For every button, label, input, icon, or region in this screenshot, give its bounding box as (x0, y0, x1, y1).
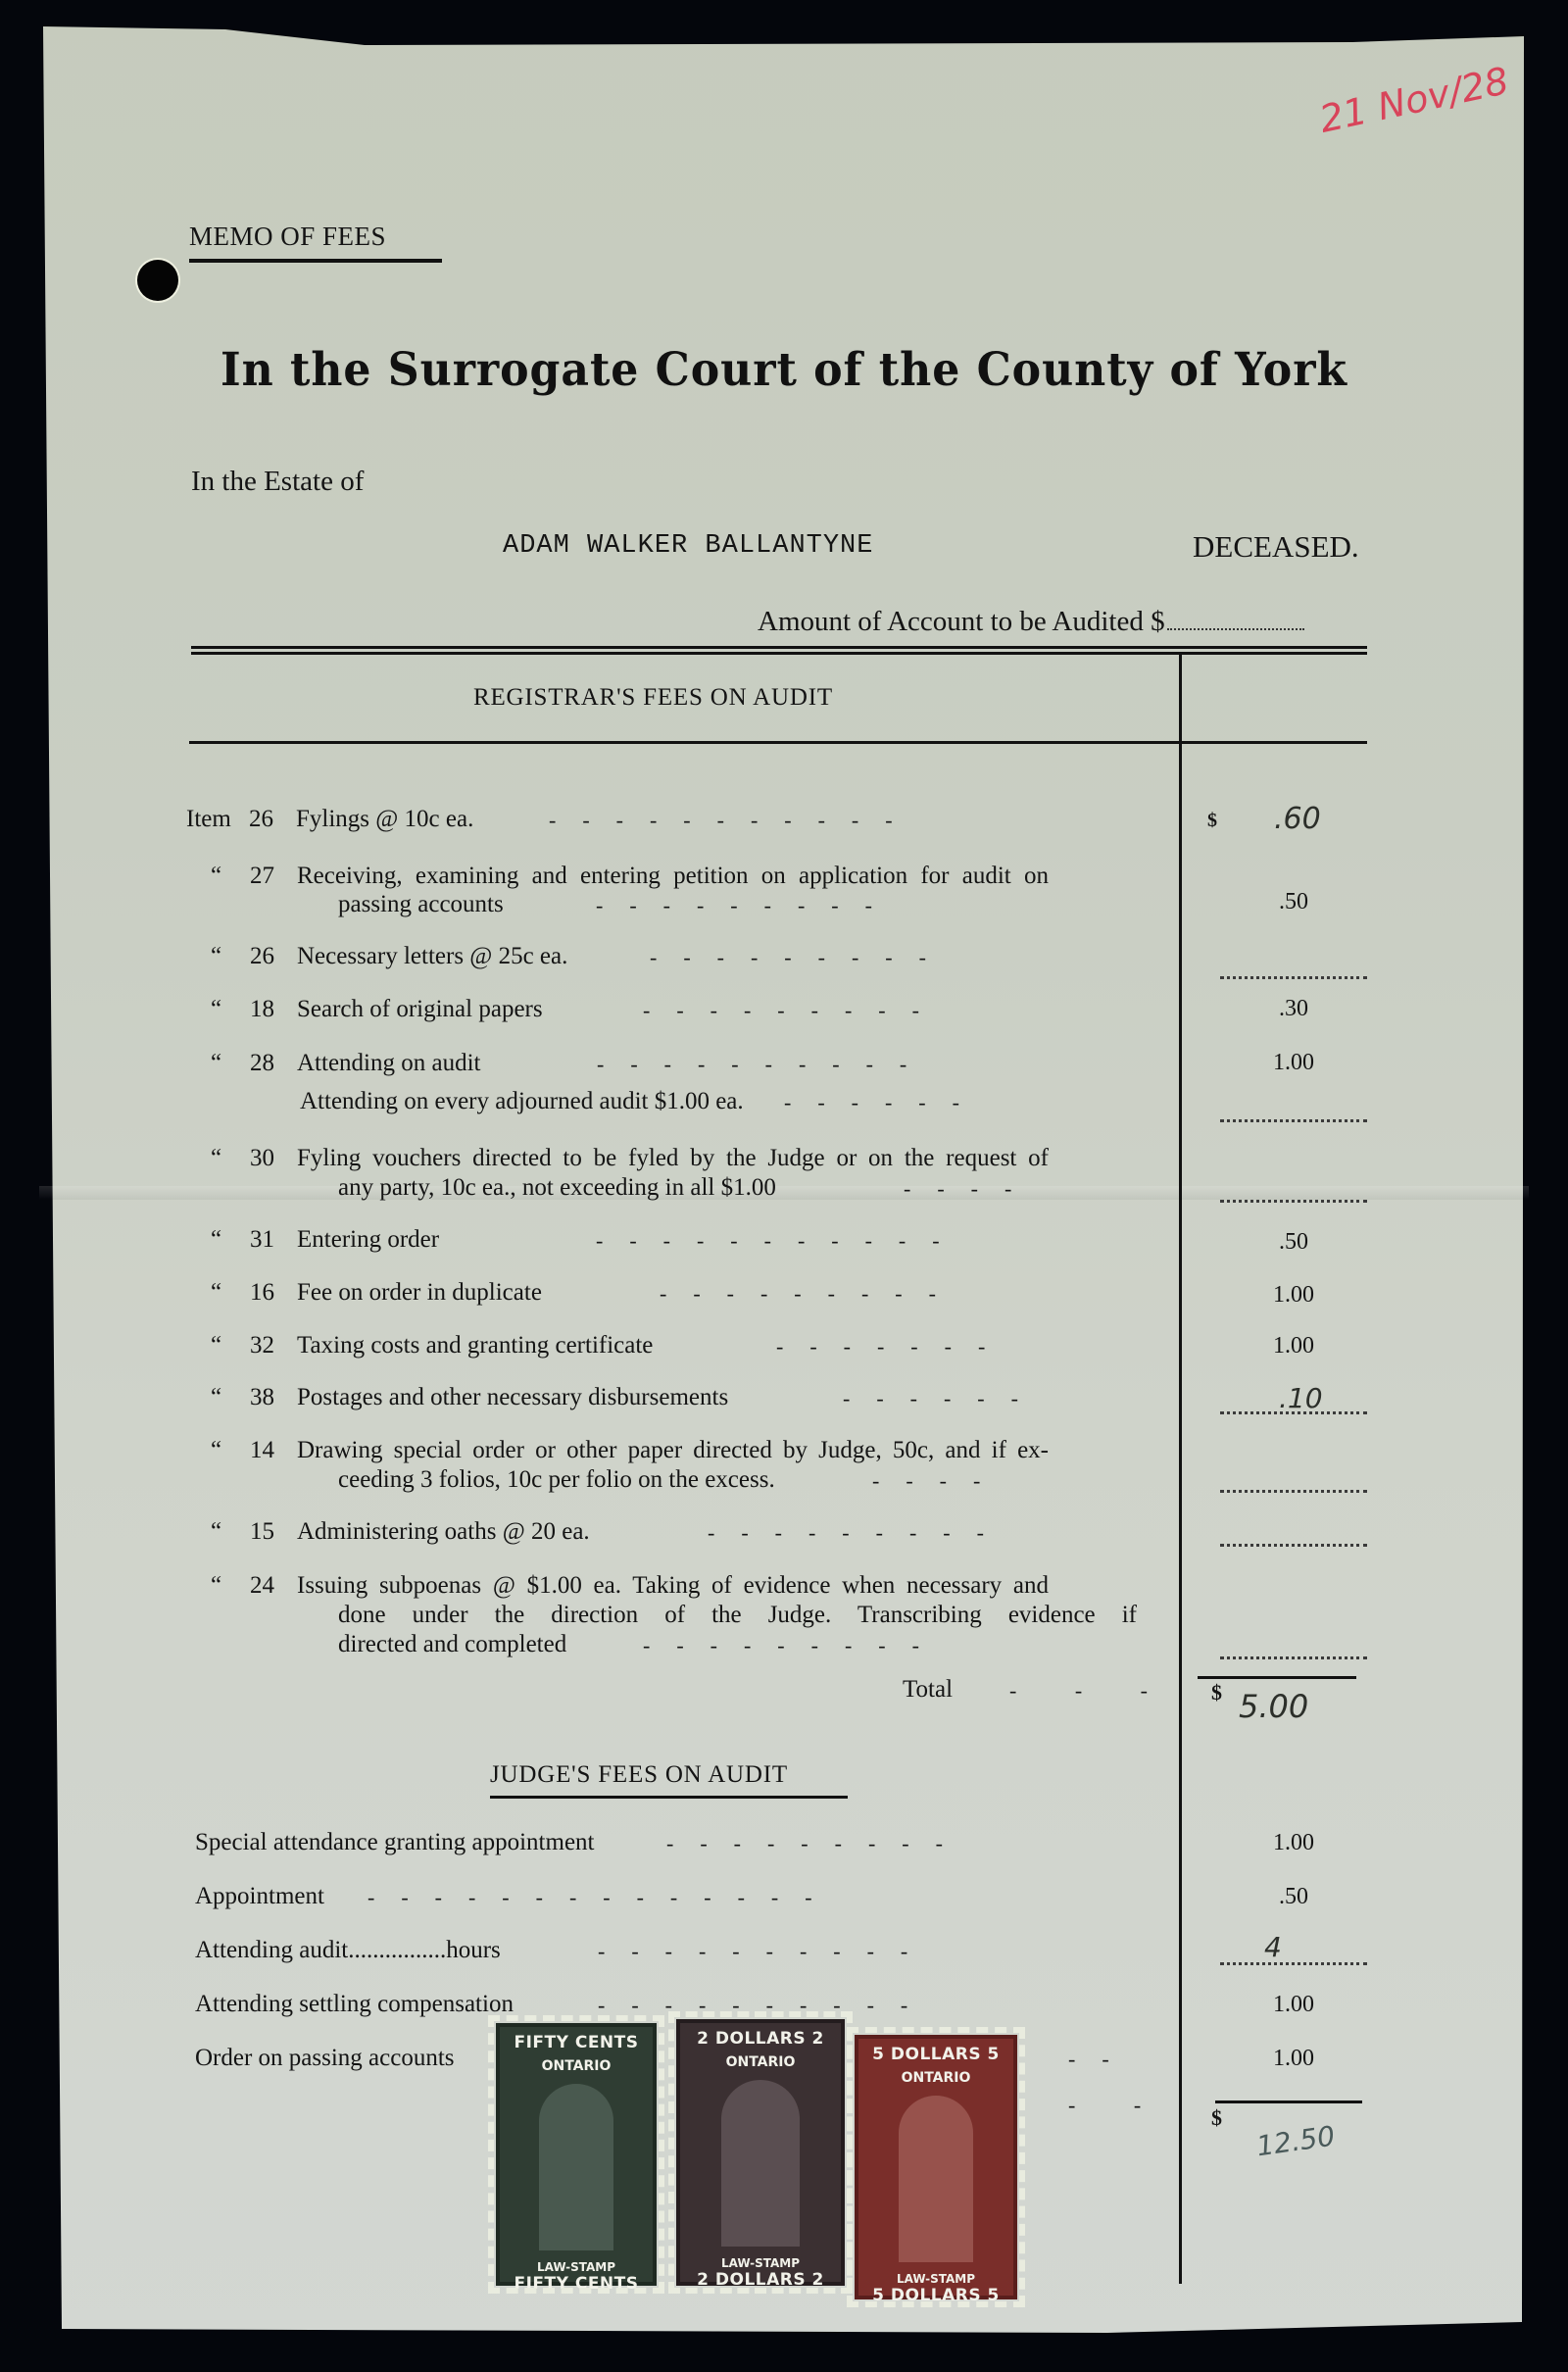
registrar-total-label: Total (903, 1676, 953, 1704)
judge-fee-value: 1.00 (1215, 1830, 1372, 1856)
item-description: Receiving, examining and entering petiti… (297, 863, 1049, 889)
item-number: 32 (250, 1332, 297, 1359)
item-prefix: “ (211, 863, 250, 890)
fee-value: 1.00 (1215, 1282, 1372, 1309)
justice-figure-icon (899, 2096, 974, 2262)
item-number: 16 (250, 1279, 297, 1307)
value-column-divider (1179, 654, 1182, 2284)
amount-to-audit: Amount of Account to be Audited $ (758, 606, 1304, 638)
fee-value-handwritten: .10 (1279, 1382, 1323, 1414)
law-stamp-two-dollars: 2 DOLLARS 2 ONTARIO LAW-STAMP 2 DOLLARS … (676, 2019, 845, 2286)
value-blank (1220, 1656, 1367, 1659)
judge-fee-value-handwritten: 4 (1264, 1931, 1282, 1963)
fee-row: “30Fyling vouchers directed to be fyled … (211, 1145, 1049, 1172)
leader-dots: ------ (784, 1090, 986, 1115)
leader-dots: ------ (843, 1386, 1045, 1411)
item-number: 28 (250, 1050, 297, 1077)
leader-dots: ---- (904, 1176, 1038, 1202)
judge-fee-row: Appointment (195, 1883, 324, 1910)
fee-row: “18Search of original papers (211, 996, 543, 1023)
stamp-bottom-text: 2 DOLLARS 2 (688, 2270, 833, 2290)
leader-dots: --------- (708, 1520, 1010, 1546)
fee-row: “16Fee on order in duplicate (211, 1279, 542, 1307)
judge-fee-row: Attending settling compensation (195, 1991, 514, 2018)
memo-title: MEMO OF FEES (189, 222, 386, 252)
leader-dots: ----------- (549, 808, 919, 833)
leader-dots: -- (1068, 2047, 1136, 2072)
estate-label: In the Estate of (191, 466, 364, 498)
leader-dots: -------------- (367, 1885, 839, 1910)
judge-total-currency: $ (1211, 2105, 1222, 2131)
currency-sign: $ (1207, 810, 1217, 832)
item-prefix: “ (211, 1226, 250, 1254)
item-number: 30 (250, 1145, 297, 1172)
judge-fee-value: 1.00 (1215, 2046, 1372, 2072)
item-description: Necessary letters @ 25c ea. (297, 943, 567, 969)
fee-row: “28Attending on audit (211, 1050, 480, 1077)
stamp-law-label: LAW-STAMP (866, 2272, 1005, 2286)
fee-value: 1.00 (1215, 1333, 1372, 1359)
fee-row: “27Receiving, examining and entering pet… (211, 863, 1049, 890)
item-prefix: Item (186, 806, 249, 833)
item-number: 24 (250, 1572, 297, 1600)
item-description: Postages and other necessary disbursemen… (297, 1384, 728, 1410)
value-blank (1220, 976, 1367, 979)
item-prefix: “ (211, 1437, 250, 1464)
judge-fee-row: Attending audit................hours (195, 1937, 501, 1964)
item-prefix: “ (211, 943, 250, 970)
leader-dots: --------- (643, 998, 946, 1023)
fee-row-continuation: directed and completed (338, 1631, 566, 1658)
judge-fee-value: 1.00 (1215, 1992, 1372, 2018)
item-description: Attending on audit (297, 1050, 480, 1076)
stamp-top-text: 2 DOLLARS 2 (688, 2029, 833, 2049)
item-prefix: “ (211, 1279, 250, 1307)
fee-row: “15Administering oaths @ 20 ea. (211, 1518, 590, 1546)
fee-row: Item26Fylings @ 10c ea. (186, 806, 473, 833)
fee-row: “31Entering order (211, 1226, 439, 1254)
item-number: 38 (250, 1384, 297, 1411)
leader-dots: ---------- (598, 1993, 934, 2018)
item-description: Fee on order in duplicate (297, 1279, 542, 1306)
item-prefix: “ (211, 1384, 250, 1411)
item-prefix: “ (211, 1332, 250, 1359)
item-description: Issuing subpoenas @ $1.00 ea. Taking of … (297, 1572, 1049, 1599)
court-title: In the Surrogate Court of the County of … (47, 343, 1521, 397)
item-description: Search of original papers (297, 996, 543, 1022)
item-number: 26 (249, 806, 296, 833)
registrar-section-title: REGISTRAR'S FEES ON AUDIT (473, 684, 833, 712)
stamp-province: ONTARIO (866, 2070, 1005, 2086)
double-rule-top (191, 646, 1367, 649)
justice-figure-icon (721, 2080, 800, 2247)
item-number: 31 (250, 1226, 297, 1254)
item-number: 15 (250, 1518, 297, 1546)
leader-dots: - - (1068, 2093, 1167, 2118)
registrar-total-currency: $ (1211, 1680, 1222, 1705)
deceased-label: DECEASED. (1193, 529, 1359, 565)
fee-row: Attending on every adjourned audit $1.00… (300, 1088, 744, 1115)
item-prefix: “ (211, 1145, 250, 1172)
fee-row: “38Postages and other necessary disburse… (211, 1384, 728, 1411)
memo-underline (189, 259, 442, 263)
registrar-total-value: 5.00 (1239, 1688, 1308, 1725)
double-rule-bottom (191, 652, 1367, 655)
fee-value: .50 (1215, 1229, 1372, 1256)
leader-dots: --------- (660, 1281, 962, 1307)
leader-dots: ---------- (597, 1052, 933, 1077)
amount-blank (1167, 607, 1304, 630)
leader-dots: --------- (650, 945, 953, 970)
item-description: Administering oaths @ 20 ea. (297, 1518, 590, 1545)
item-description: Drawing special order or other paper dir… (297, 1437, 1049, 1463)
item-number: 14 (250, 1437, 297, 1464)
section-rule (189, 741, 1367, 744)
item-prefix: “ (211, 1572, 250, 1600)
item-number: 27 (250, 863, 297, 890)
stamp-law-label: LAW-STAMP (508, 2260, 645, 2274)
leader-dots: ----------- (596, 1228, 966, 1254)
item-description: Taxing costs and granting certificate (297, 1332, 653, 1359)
value-blank (1220, 1490, 1367, 1493)
law-stamp-fifty-cents: FIFTY CENTS ONTARIO LAW-STAMP FIFTY CENT… (496, 2023, 657, 2286)
item-number: 18 (250, 996, 297, 1023)
fee-row-continuation: passing accounts (338, 891, 504, 918)
fee-value: .50 (1215, 889, 1372, 915)
item-prefix: “ (211, 996, 250, 1023)
judge-fee-value: .50 (1215, 1884, 1372, 1910)
leader-dots: --------- (643, 1633, 946, 1658)
item-number: 26 (250, 943, 297, 970)
stamp-bottom-text: 5 DOLLARS 5 (866, 2286, 1005, 2305)
stamp-law-label: LAW-STAMP (688, 2256, 833, 2270)
fee-row: “24Issuing subpoenas @ $1.00 ea. Taking … (211, 1572, 1049, 1600)
fee-value: .30 (1215, 996, 1372, 1022)
leader-dots: ---------- (598, 1939, 934, 1964)
judge-fee-row: Special attendance granting appointment (195, 1829, 595, 1856)
stamp-bottom-text: FIFTY CENTS (508, 2274, 645, 2294)
leader-dots: --------- (666, 1831, 969, 1856)
fee-row-continuation: ceeding 3 folios, 10c per folio on the e… (338, 1466, 775, 1494)
item-description: Fyling vouchers directed to be fyled by … (297, 1145, 1049, 1171)
decedent-name: ADAM WALKER BALLANTYNE (503, 531, 873, 561)
item-description: Entering order (297, 1226, 439, 1253)
leader-dots: ------- (776, 1334, 1011, 1359)
justice-figure-icon (539, 2084, 613, 2250)
stamp-top-text: FIFTY CENTS (508, 2033, 645, 2052)
fee-value-handwritten: .60 (1274, 802, 1321, 836)
judge-section-title: JUDGE'S FEES ON AUDIT (490, 1761, 788, 1789)
item-prefix: “ (211, 1050, 250, 1077)
fee-row: “32Taxing costs and granting certificate (211, 1332, 653, 1359)
stamp-province: ONTARIO (688, 2054, 833, 2070)
registrar-total-rule (1198, 1676, 1356, 1679)
judge-total-rule (1215, 2100, 1362, 2103)
leader-dots: - - - (1009, 1678, 1174, 1704)
leader-dots: ---- (872, 1468, 1006, 1494)
fee-row: “26Necessary letters @ 25c ea. (211, 943, 567, 970)
law-stamp-five-dollars: 5 DOLLARS 5 ONTARIO LAW-STAMP 5 DOLLARS … (855, 2035, 1017, 2299)
item-prefix: “ (211, 1518, 250, 1546)
judge-fee-row: Order on passing accounts (195, 2045, 455, 2072)
value-blank (1220, 1119, 1367, 1122)
item-description: Fylings @ 10c ea. (296, 806, 473, 832)
judge-title-underline (490, 1796, 848, 1799)
stamp-province: ONTARIO (508, 2058, 645, 2074)
fee-row: “14Drawing special order or other paper … (211, 1437, 1049, 1464)
value-blank (1220, 1200, 1367, 1203)
punch-hole (137, 260, 178, 301)
leader-dots: --------- (596, 893, 899, 918)
value-blank (1220, 1544, 1367, 1547)
fee-row-continuation: any party, 10c ea., not exceeding in all… (338, 1174, 776, 1202)
stamp-top-text: 5 DOLLARS 5 (866, 2045, 1005, 2064)
fee-row-continuation: done under the direction of the Judge. T… (338, 1602, 1137, 1629)
value-blank (1220, 1962, 1367, 1965)
amount-label: Amount of Account to be Audited $ (758, 606, 1165, 637)
fold-crease (39, 1186, 1529, 1200)
fee-value: 1.00 (1215, 1050, 1372, 1076)
